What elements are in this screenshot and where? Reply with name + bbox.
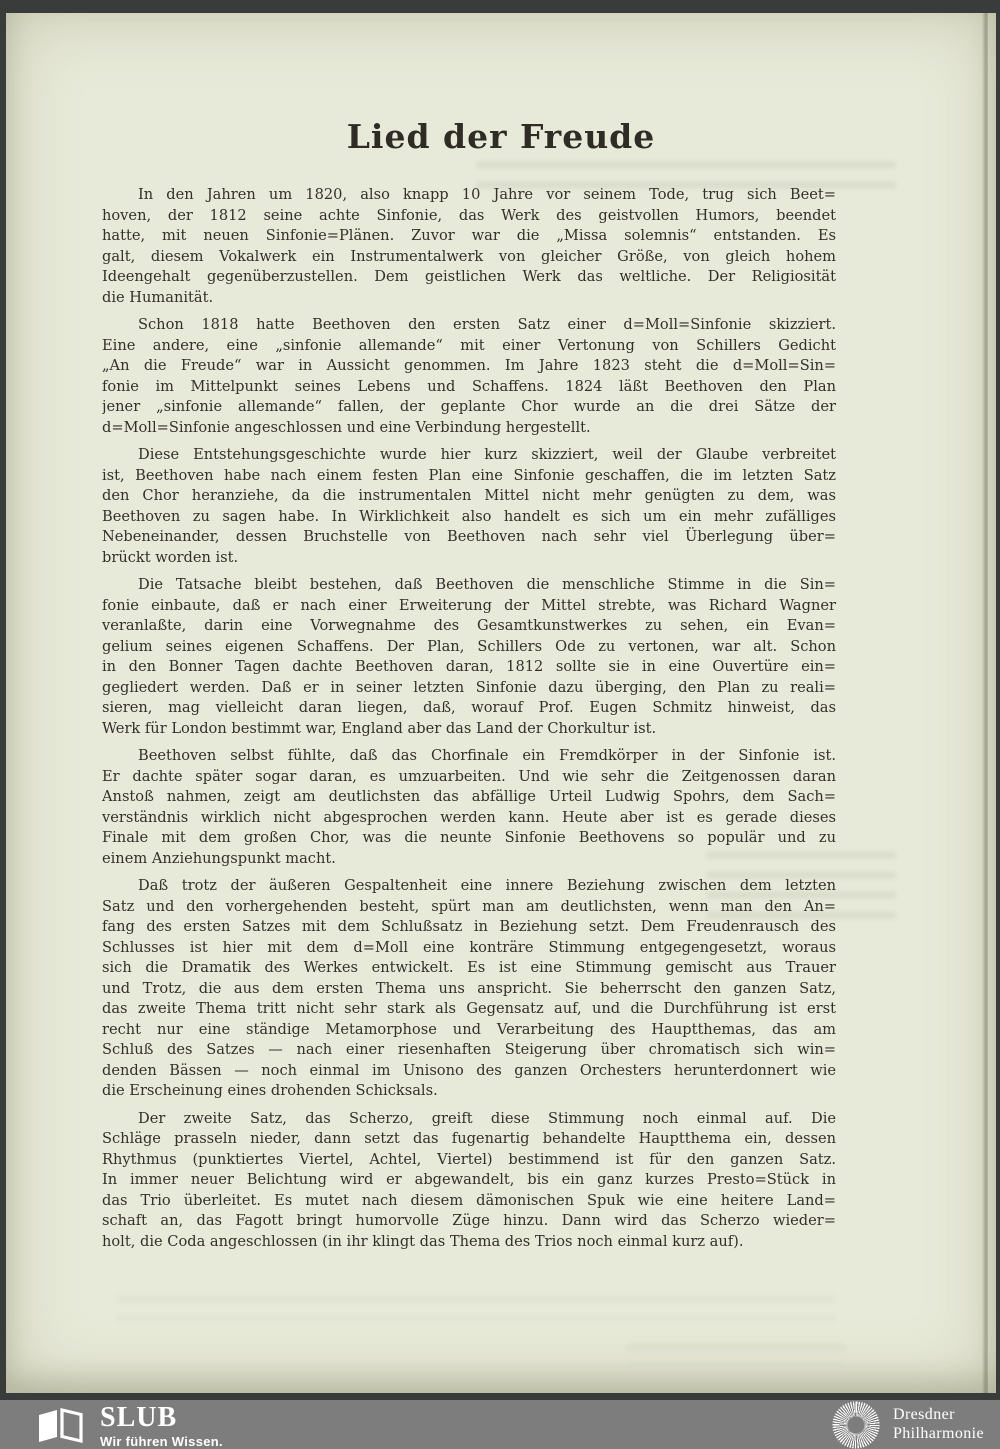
text-line: das Trio überleitet. Es mutet nach diese… — [102, 1191, 836, 1212]
paragraph: Die Tatsache bleibt bestehen, daß Beetho… — [102, 575, 836, 739]
paragraph: Beethoven selbst fühlte, daß das Chorfin… — [102, 746, 836, 869]
text-line: Ideengehalt gegenüberzustellen. Dem geis… — [102, 267, 836, 288]
text-line: die Humanität. — [102, 288, 836, 309]
text-line: Beethoven zu sagen habe. In Wirklichkeit… — [102, 507, 836, 528]
text-line: einem Anziehungspunkt macht. — [102, 849, 836, 870]
text-line: Schläge prasseln nieder, dann setzt das … — [102, 1129, 836, 1150]
slub-branding[interactable]: SLUB Wir führen Wissen. — [36, 1404, 223, 1448]
paragraph: Diese Entstehungsgeschichte wurde hier k… — [102, 445, 836, 568]
text-line: und Trotz, die aus dem ersten Thema uns … — [102, 979, 836, 1000]
text-line: den Chor heranziehe, da die instrumental… — [102, 486, 836, 507]
text-line: in den Bonner Tagen dachte Beethoven dar… — [102, 657, 836, 678]
text-line: Beethoven selbst fühlte, daß das Chorfin… — [102, 746, 836, 767]
paragraph: In den Jahren um 1820, also knapp 10 Jah… — [102, 185, 836, 308]
paragraph: Schon 1818 hatte Beethoven den ersten Sa… — [102, 315, 836, 438]
text-line: brückt worden ist. — [102, 548, 836, 569]
philharmonie-logo-text: Dresdner Philharmonie — [893, 1406, 984, 1443]
text-line: Anstoß nahmen, zeigt am deutlichsten das… — [102, 787, 836, 808]
text-line: Werk für London bestimmt war, England ab… — [102, 719, 836, 740]
philharmonie-line2: Philharmonie — [893, 1425, 984, 1443]
text-line: sieren, mag vielleicht daran liegen, daß… — [102, 698, 836, 719]
text-line: veranlaßte, darin eine Vorwegnahme des G… — [102, 616, 836, 637]
text-line: d=Moll=Sinfonie angeschlossen und eine V… — [102, 418, 836, 439]
text-line: fonie einbaute, daß er nach einer Erweit… — [102, 596, 836, 617]
text-line: hatte, mit neuen Sinfonie=Plänen. Zuvor … — [102, 226, 836, 247]
text-line: galt, diesem Vokalwerk ein Instrumentalw… — [102, 247, 836, 268]
text-line: Nebeneinander, dessen Bruchstelle von Be… — [102, 527, 836, 548]
text-line: sich die Dramatik des Werkes entwickelt.… — [102, 958, 836, 979]
text-line: „An die Freude“ war in Aussicht genommen… — [102, 356, 836, 377]
text-line: gegliedert werden. Daß er in seiner letz… — [102, 678, 836, 699]
paragraph: Der zweite Satz, das Scherzo, greift die… — [102, 1109, 836, 1253]
philharmonie-line1: Dresdner — [893, 1406, 984, 1424]
text-line: Finale mit dem großen Chor, was die neun… — [102, 828, 836, 849]
text-line: recht nur eine ständige Metamorphose und… — [102, 1020, 836, 1041]
text-line: das zweite Thema tritt nicht sehr stark … — [102, 999, 836, 1020]
text-line: Daß trotz der äußeren Gespaltenheit eine… — [102, 876, 836, 897]
text-line: jener „sinfonie allemande“ fallen, der g… — [102, 397, 836, 418]
text-line: In den Jahren um 1820, also knapp 10 Jah… — [102, 185, 836, 206]
text-line: holt, die Coda angeschlossen (in ihr kli… — [102, 1232, 836, 1253]
text-line: ist, Beethoven habe nach einem festen Pl… — [102, 466, 836, 487]
text-line: Schluß des Satzes — nach einer riesenhaf… — [102, 1040, 836, 1061]
document-paragraphs: In den Jahren um 1820, also knapp 10 Jah… — [102, 185, 836, 1259]
viewer-footer-bar: SLUB Wir führen Wissen. Dresdner Philhar… — [0, 1400, 1000, 1449]
bleedthrough-mark — [626, 1343, 846, 1365]
text-line: Rhythmus (punktiertes Viertel, Achtel, V… — [102, 1150, 836, 1171]
text-line: verständnis wirklich nicht abgesprochen … — [102, 808, 836, 829]
text-line: Schon 1818 hatte Beethoven den ersten Sa… — [102, 315, 836, 336]
scanned-page: Lied der Freude In den Jahren um 1820, a… — [6, 13, 996, 1393]
text-line: Diese Entstehungsgeschichte wurde hier k… — [102, 445, 836, 466]
text-line: fang des ersten Satzes mit dem Schlußsat… — [102, 917, 836, 938]
text-line: die Erscheinung eines drohenden Schicksa… — [102, 1081, 836, 1102]
text-line: Satz und den vorhergehenden besteht, spü… — [102, 897, 836, 918]
slub-logo-text: SLUB — [100, 1404, 223, 1432]
philharmonie-starburst-icon — [831, 1400, 881, 1449]
text-line: Eine andere, eine „sinfonie allemande“ m… — [102, 336, 836, 357]
slub-tagline: Wir führen Wissen. — [100, 1435, 223, 1448]
text-line: gelium seines eigenen Schaffens. Der Pla… — [102, 637, 836, 658]
scanned-document-viewer: { "page": { "title": "Lied der Freude", … — [0, 0, 1000, 1449]
text-line: schaft an, das Fagott bringt humorvolle … — [102, 1211, 836, 1232]
text-line: Schlusses ist hier mit dem d=Moll eine k… — [102, 938, 836, 959]
text-line: hoven, der 1812 seine achte Sinfonie, da… — [102, 206, 836, 227]
bleedthrough-mark — [116, 1295, 836, 1321]
text-line: denden Bässen — noch einmal im Unisono d… — [102, 1061, 836, 1082]
text-line: Der zweite Satz, das Scherzo, greift die… — [102, 1109, 836, 1130]
slub-book-icon — [36, 1408, 84, 1444]
text-line: Er dachte später sogar daran, es umzuarb… — [102, 767, 836, 788]
page-title: Lied der Freude — [6, 117, 996, 156]
philharmonie-branding[interactable]: Dresdner Philharmonie — [831, 1400, 984, 1449]
paragraph: Daß trotz der äußeren Gespaltenheit eine… — [102, 876, 836, 1102]
text-line: Die Tatsache bleibt bestehen, daß Beetho… — [102, 575, 836, 596]
text-line: In immer neuer Belichtung wird er abgewa… — [102, 1170, 836, 1191]
text-line: fonie im Mittelpunkt seines Lebens und S… — [102, 377, 836, 398]
